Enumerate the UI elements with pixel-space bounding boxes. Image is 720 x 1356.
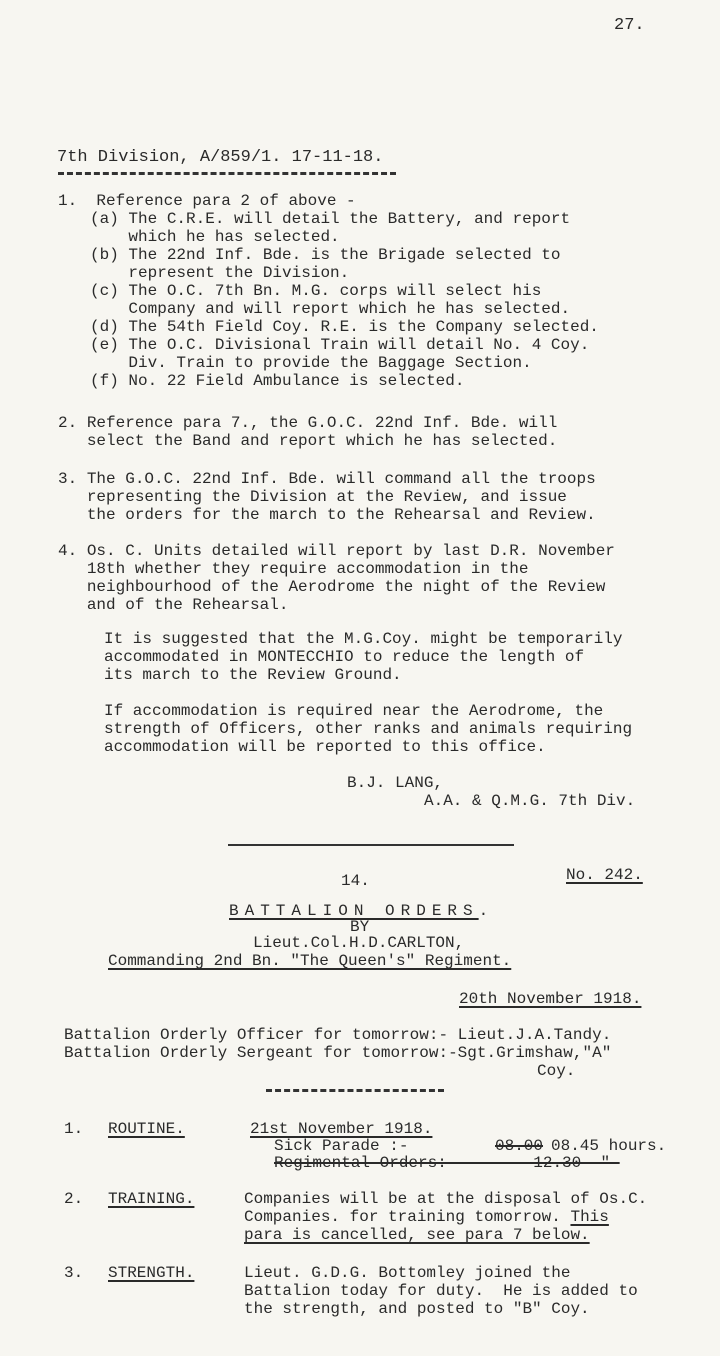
order-text: Companies will be at the disposal of Os.… [244,1190,647,1208]
orders-date: 20th November 1918. [459,990,641,1008]
para-text: neighbourhood of the Aerodrome the night… [87,578,605,596]
para-text: and of the Rehearsal. [87,596,289,614]
order-text: the strength, and posted to "B" Coy. [244,1300,638,1318]
dashed-divider [266,1089,444,1092]
para-text: Reference para 2 of above - [96,192,355,210]
memo-para-4-accommodation: If accommodation is required near the Ae… [104,702,632,756]
para-number: 3. [58,470,77,488]
para-text: select the Band and report which he has … [87,432,557,450]
subitem-label: (d) [90,318,119,336]
memo-para-4: 4. Os. C. Units detailed will report by … [58,542,615,614]
memo-para-4-suggestion: It is suggested that the M.G.Coy. might … [104,630,622,684]
memo-para-3: 3. The G.O.C. 22nd Inf. Bde. will comman… [58,470,596,524]
cancel-note: This [570,1208,608,1226]
sick-parade-old-time: 08.00 [495,1137,543,1155]
training-text: Companies will be at the disposal of Os.… [244,1190,647,1244]
subitem-text: The 22nd Inf. Bde. is the Brigade select… [128,246,560,264]
sick-parade-label: Sick Parade :- [274,1137,408,1155]
subitem-label: (b) [90,246,119,264]
subitem-text: The O.C. 7th Bn. M.G. corps will select … [128,282,541,300]
order-item-2-number: 2. [64,1190,83,1208]
memo-para-1-subitems: (a) The C.R.E. will detail the Battery, … [90,210,599,390]
para-text: Os. C. Units detailed will report by las… [87,542,615,560]
strength-text: Lieut. G.D.G. Bottomley joined the Batta… [244,1264,638,1318]
signature-title: A.A. & Q.M.G. 7th Div. [424,792,635,810]
orderly-duties: Battalion Orderly Officer for tomorrow:-… [64,1026,611,1062]
cancel-note: para is cancelled, see para 7 below. [244,1226,590,1244]
para-text: If accommodation is required near the Ae… [104,702,632,720]
order-text: Lieut. G.D.G. Bottomley joined the [244,1264,638,1282]
sick-parade-new-time: 08.45 hours. [551,1137,666,1155]
para-number: 4. [58,542,77,560]
page-number: 27. [614,16,645,35]
dashed-divider [58,172,396,175]
para-text: accommodated in MONTECCHIO to reduce the… [104,648,622,666]
para-text: The G.O.C. 22nd Inf. Bde. will command a… [87,470,596,488]
subitem-text: The C.R.E. will detail the Battery, and … [128,210,570,228]
memo-reference: 7th Division, A/859/1. 17-11-18. [57,148,383,167]
orderly-sergeant: Battalion Orderly Sergeant for tomorrow:… [64,1044,611,1062]
subitem-text: The 54th Field Coy. R.E. is the Company … [128,318,598,336]
subitem-text: which he has selected. [128,228,339,246]
para-text: 18th whether they require accommodation … [87,560,529,578]
regimental-orders-struck: Regimental Orders:---------12.30--"- [274,1154,620,1172]
subitem-label: (c) [90,282,119,300]
orders-title-period: . [479,902,489,920]
orders-commander: Lieut.Col.H.D.CARLTON, [253,934,464,952]
subitem-text: Company and will report which he has sel… [128,300,570,318]
document-page: 27. 7th Division, A/859/1. 17-11-18. 1. … [0,0,720,1356]
subitem-text: Div. Train to provide the Baggage Sectio… [128,354,531,372]
order-number: No. 242. [566,866,643,884]
routine-date: 21st November 1918. [250,1120,432,1138]
subitem-label: (f) [90,372,119,390]
order-item-3-heading: STRENGTH. [108,1264,194,1282]
subitem-label: (e) [90,336,119,354]
order-item-3-number: 3. [64,1264,83,1282]
subitem-text: No. 22 Field Ambulance is selected. [128,372,464,390]
subitem-label: (a) [90,210,119,228]
memo-para-1: 1. Reference para 2 of above - [58,192,356,210]
para-number: 2. [58,414,77,432]
para-text: strength of Officers, other ranks and an… [104,720,632,738]
sheet-number: 14. [341,872,370,890]
order-item-1-number: 1. [64,1120,83,1138]
subitem-text: represent the Division. [128,264,349,282]
signature-name: B.J. LANG, [347,774,443,792]
orders-commanding: Commanding 2nd Bn. "The Queen's" Regimen… [108,952,511,970]
subitem-text: The O.C. Divisional Train will detail No… [128,336,589,354]
para-text: Reference para 7., the G.O.C. 22nd Inf. … [87,414,557,432]
para-text: accommodation will be reported to this o… [104,738,632,756]
para-text: the orders for the march to the Rehearsa… [87,506,596,524]
section-divider [228,844,514,846]
para-number: 1. [58,192,77,210]
order-item-1-heading: ROUTINE. [108,1120,185,1138]
order-item-2-heading: TRAINING. [108,1190,194,1208]
para-text: its march to the Review Ground. [104,666,622,684]
order-text: Battalion today for duty. He is added to [244,1282,638,1300]
orderly-sergeant-coy: Coy. [537,1062,575,1080]
para-text: It is suggested that the M.G.Coy. might … [104,630,622,648]
para-text: representing the Division at the Review,… [87,488,567,506]
order-text: Companies. for training tomorrow. [244,1208,561,1226]
orderly-officer: Battalion Orderly Officer for tomorrow:-… [64,1026,611,1044]
memo-para-2: 2. Reference para 7., the G.O.C. 22nd In… [58,414,557,450]
